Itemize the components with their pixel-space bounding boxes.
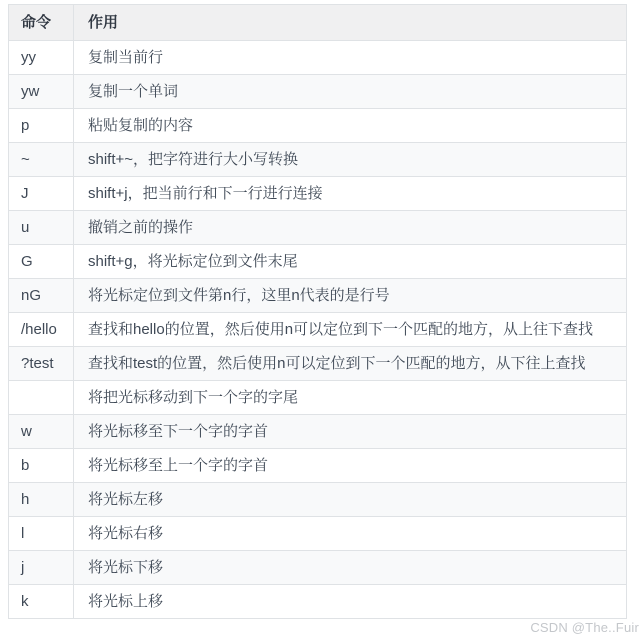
description-cell: shift+~，把字符进行大小写转换 xyxy=(74,143,627,177)
description-cell: 将光标右移 xyxy=(74,517,627,551)
description-cell: 将光标移至下一个字的字首 xyxy=(74,415,627,449)
table-row: j 将光标下移 xyxy=(9,551,627,585)
table-row: w 将光标移至下一个字的字首 xyxy=(9,415,627,449)
table-row: l 将光标右移 xyxy=(9,517,627,551)
command-cell xyxy=(9,381,74,415)
description-cell: 将光标左移 xyxy=(74,483,627,517)
command-cell: yw xyxy=(9,75,74,109)
command-cell: h xyxy=(9,483,74,517)
description-cell: 将光标上移 xyxy=(74,585,627,619)
table-row: yy 复制当前行 xyxy=(9,41,627,75)
command-cell: /hello xyxy=(9,313,74,347)
description-cell: 将把光标移动到下一个字的字尾 xyxy=(74,381,627,415)
command-cell: J xyxy=(9,177,74,211)
column-header-action: 作用 xyxy=(74,5,627,41)
table-row: ~ shift+~，把字符进行大小写转换 xyxy=(9,143,627,177)
table-row: k 将光标上移 xyxy=(9,585,627,619)
description-cell: shift+j，把当前行和下一行进行连接 xyxy=(74,177,627,211)
command-cell: w xyxy=(9,415,74,449)
description-cell: 复制当前行 xyxy=(74,41,627,75)
csdn-watermark: CSDN @The..Fuir xyxy=(530,620,639,635)
description-cell: shift+g，将光标定位到文件末尾 xyxy=(74,245,627,279)
table-row: nG 将光标定位到文件第n行，这里n代表的是行号 xyxy=(9,279,627,313)
description-cell: 将光标下移 xyxy=(74,551,627,585)
table-row: h 将光标左移 xyxy=(9,483,627,517)
command-cell: l xyxy=(9,517,74,551)
command-cell: u xyxy=(9,211,74,245)
description-cell: 查找和hello的位置，然后使用n可以定位到下一个匹配的地方，从上往下查找 xyxy=(74,313,627,347)
command-cell: yy xyxy=(9,41,74,75)
command-cell: p xyxy=(9,109,74,143)
description-cell: 撤销之前的操作 xyxy=(74,211,627,245)
command-cell: j xyxy=(9,551,74,585)
table-row: b 将光标移至上一个字的字首 xyxy=(9,449,627,483)
table-row: yw 复制一个单词 xyxy=(9,75,627,109)
description-cell: 复制一个单词 xyxy=(74,75,627,109)
command-cell: G xyxy=(9,245,74,279)
command-cell: nG xyxy=(9,279,74,313)
table-row: ?test 查找和test的位置，然后使用n可以定位到下一个匹配的地方，从下往上… xyxy=(9,347,627,381)
command-cell: ?test xyxy=(9,347,74,381)
command-cell: b xyxy=(9,449,74,483)
table-header-row: 命令 作用 xyxy=(9,5,627,41)
table-row: /hello 查找和hello的位置，然后使用n可以定位到下一个匹配的地方，从上… xyxy=(9,313,627,347)
vim-commands-table: 命令 作用 yy 复制当前行 yw 复制一个单词 p 粘贴复制的内容 ~ shi… xyxy=(8,4,627,619)
column-header-command: 命令 xyxy=(9,5,74,41)
description-cell: 粘贴复制的内容 xyxy=(74,109,627,143)
table-row: u 撤销之前的操作 xyxy=(9,211,627,245)
description-cell: 将光标定位到文件第n行，这里n代表的是行号 xyxy=(74,279,627,313)
page: 命令 作用 yy 复制当前行 yw 复制一个单词 p 粘贴复制的内容 ~ shi… xyxy=(0,0,640,641)
description-cell: 将光标移至上一个字的字首 xyxy=(74,449,627,483)
table-row: J shift+j，把当前行和下一行进行连接 xyxy=(9,177,627,211)
description-cell: 查找和test的位置，然后使用n可以定位到下一个匹配的地方，从下往上查找 xyxy=(74,347,627,381)
command-cell: ~ xyxy=(9,143,74,177)
table-row: 将把光标移动到下一个字的字尾 xyxy=(9,381,627,415)
command-cell: k xyxy=(9,585,74,619)
table-row: G shift+g，将光标定位到文件末尾 xyxy=(9,245,627,279)
table-row: p 粘贴复制的内容 xyxy=(9,109,627,143)
